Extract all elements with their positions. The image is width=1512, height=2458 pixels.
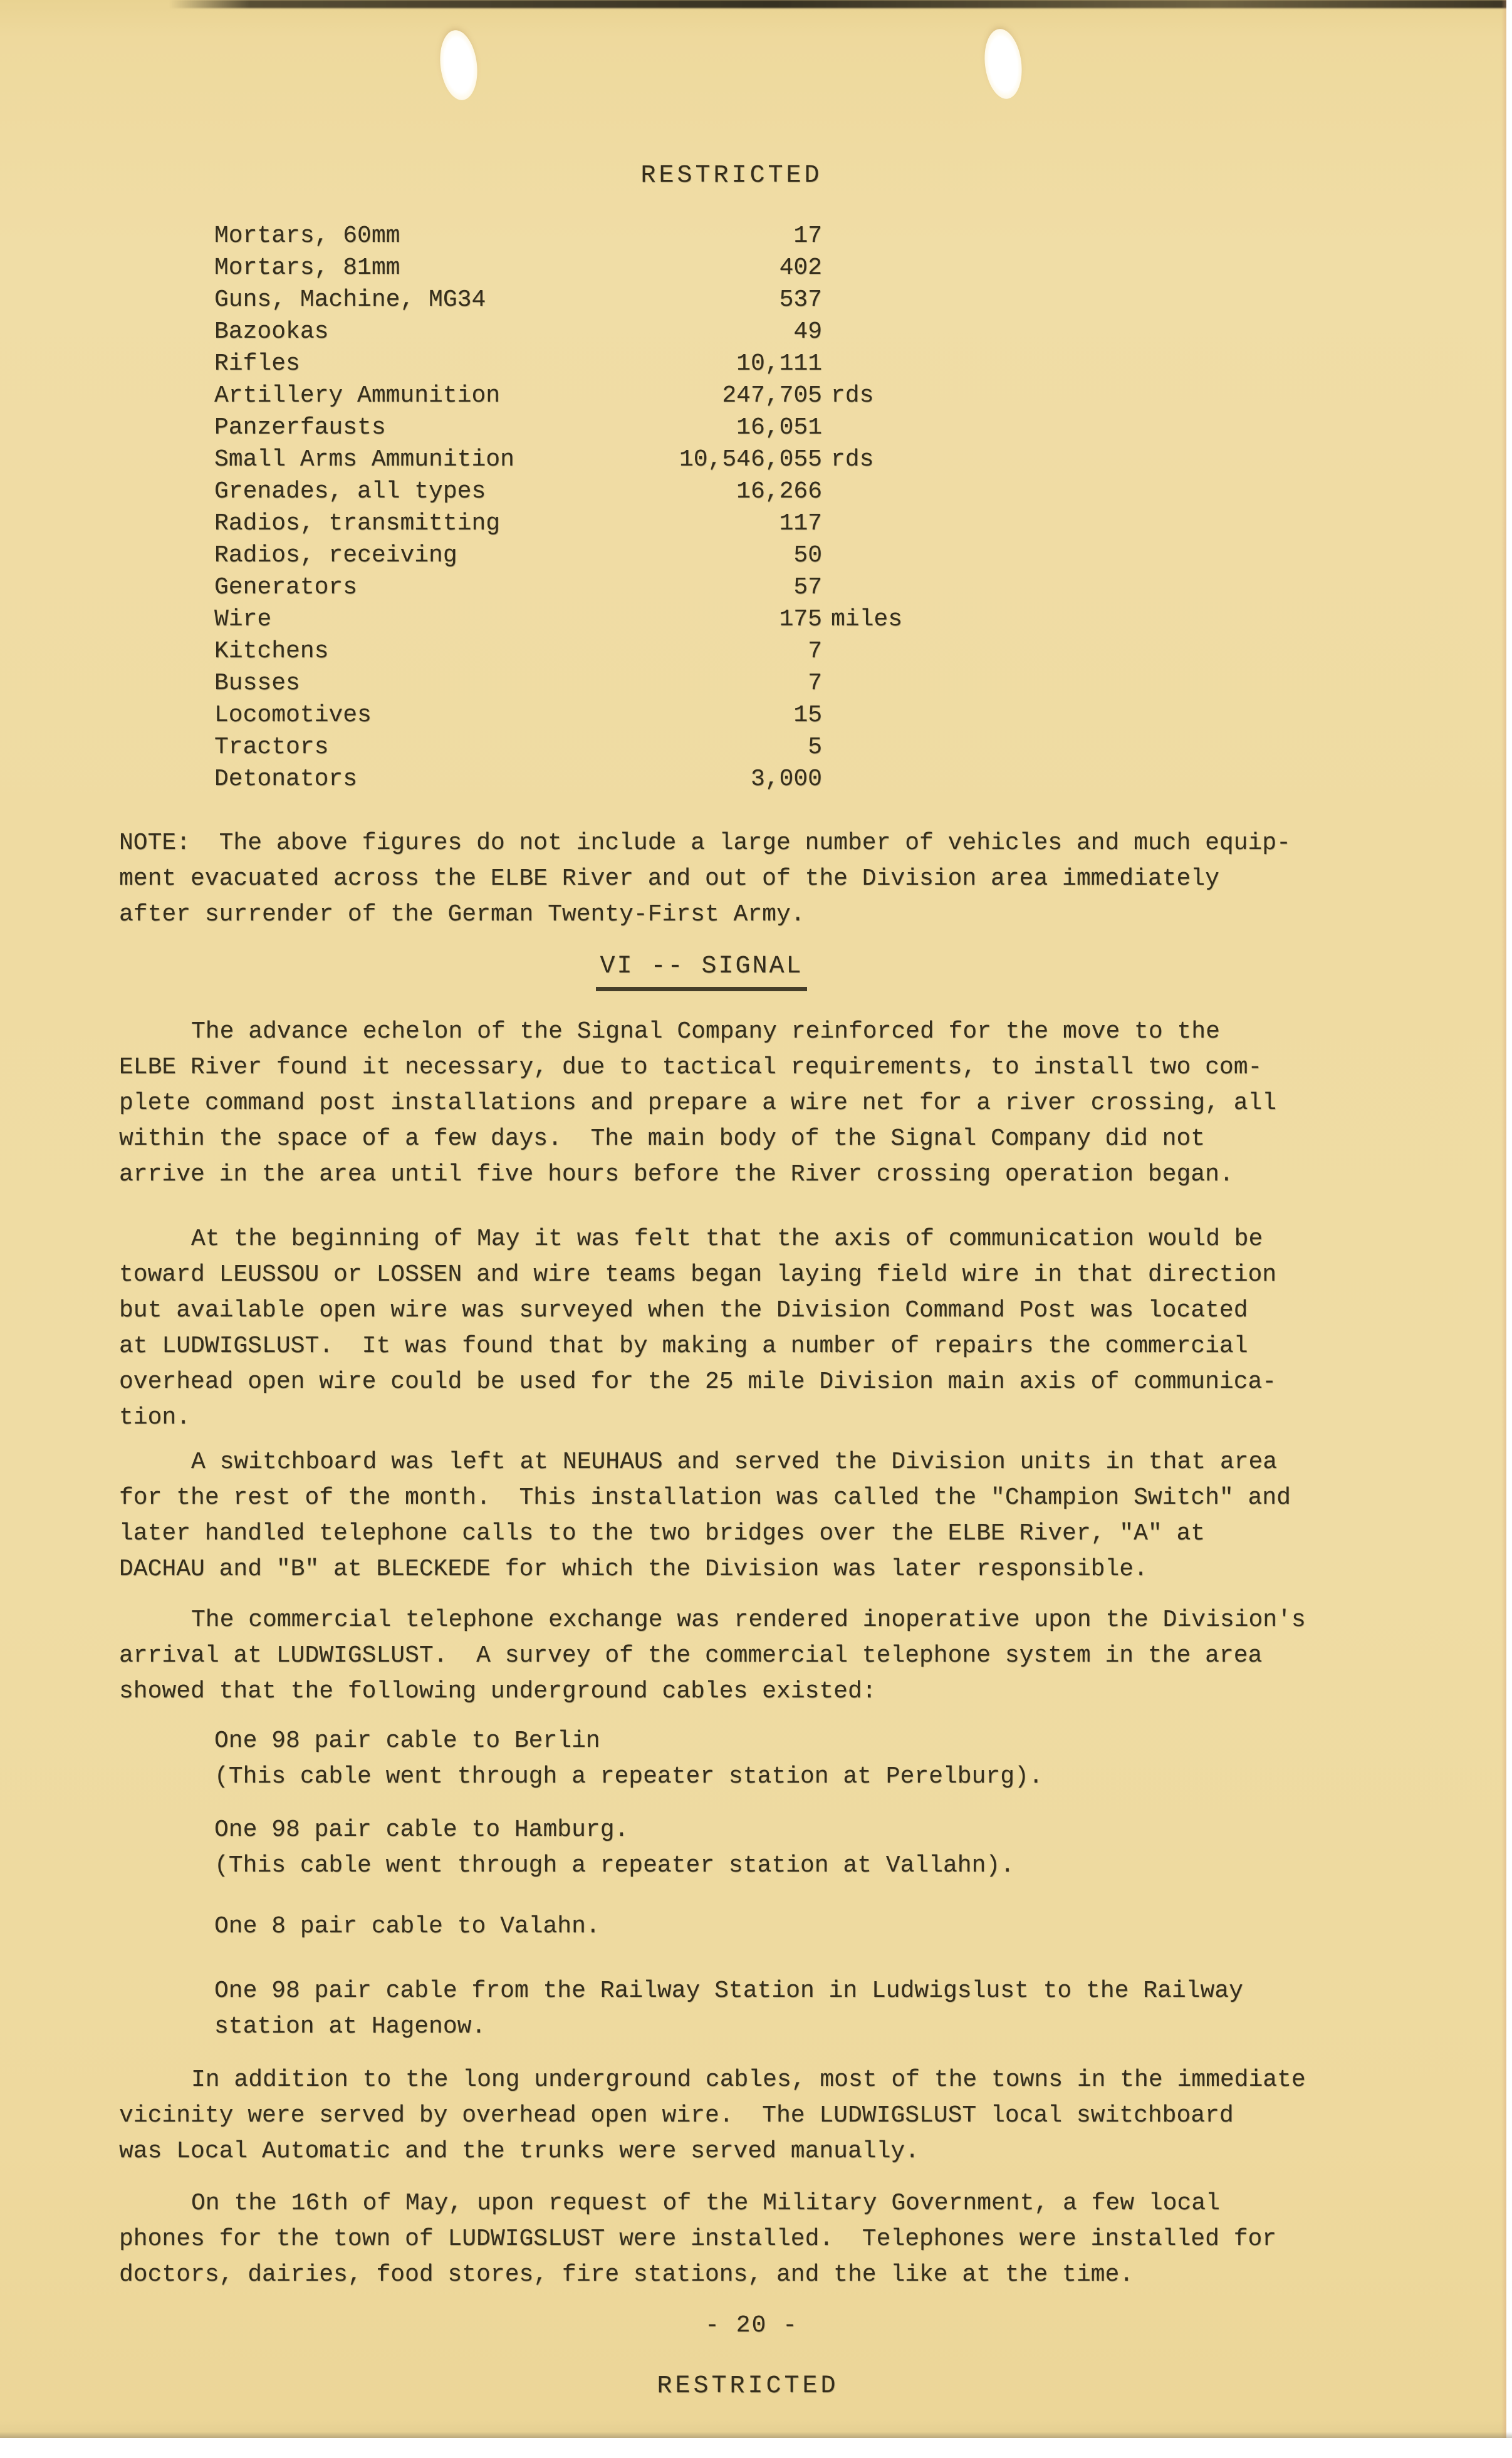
equipment-row: Rifles10,111 xyxy=(214,348,1357,380)
document-content: RESTRICTED Mortars, 60mm17 Mortars, 81mm… xyxy=(119,0,1357,2404)
equipment-value: 16,051 xyxy=(615,412,822,444)
equipment-row: Grenades, all types16,266 xyxy=(214,476,1357,508)
equipment-label: Locomotives xyxy=(214,699,615,731)
signal-paragraph-3: A switchboard was left at NEUHAUS and se… xyxy=(119,1444,1357,1587)
note-paragraph: NOTE: The above figures do not include a… xyxy=(119,825,1357,932)
captured-equipment-list: Mortars, 60mm17 Mortars, 81mm402 Guns, M… xyxy=(119,220,1357,795)
equipment-value: 5 xyxy=(615,731,822,763)
equipment-value: 402 xyxy=(615,252,822,284)
equipment-row: Radios, transmitting117 xyxy=(214,508,1357,539)
cable-entry-hagenow: One 98 pair cable from the Railway Stati… xyxy=(214,1973,1357,2044)
equipment-row: Generators57 xyxy=(214,571,1357,603)
equipment-row: Bazookas49 xyxy=(214,316,1357,348)
scan-right-edge xyxy=(1506,0,1512,2458)
equipment-label: Busses xyxy=(214,667,615,699)
equipment-row: Mortars, 81mm402 xyxy=(214,252,1357,284)
equipment-row: Small Arms Ammunition10,546,055rds xyxy=(214,444,1357,476)
equipment-label: Grenades, all types xyxy=(214,476,615,508)
equipment-value: 10,111 xyxy=(615,348,822,380)
equipment-row: Panzerfausts16,051 xyxy=(214,412,1357,444)
equipment-value: 50 xyxy=(615,539,822,571)
cable-entry-berlin: One 98 pair cable to Berlin (This cable … xyxy=(214,1723,1357,1794)
equipment-row: Busses7 xyxy=(214,667,1357,699)
equipment-row: Locomotives15 xyxy=(214,699,1357,731)
equipment-label: Generators xyxy=(214,571,615,603)
page-number: - 20 - xyxy=(133,2308,1370,2343)
equipment-value: 247,705 xyxy=(615,380,822,412)
equipment-label: Small Arms Ammunition xyxy=(214,444,615,476)
equipment-label: Tractors xyxy=(214,731,615,763)
equipment-value: 175 xyxy=(615,603,822,635)
equipment-label: Bazookas xyxy=(214,316,615,348)
classification-footer: RESTRICTED xyxy=(129,2368,1367,2404)
equipment-value: 537 xyxy=(615,284,822,316)
document-page: RESTRICTED Mortars, 60mm17 Mortars, 81mm… xyxy=(0,0,1512,2458)
equipment-row: Detonators3,000 xyxy=(214,763,1357,795)
equipment-row: Mortars, 60mm17 xyxy=(214,220,1357,252)
equipment-unit: rds xyxy=(831,444,873,476)
cable-entry-hamburg: One 98 pair cable to Hamburg. (This cabl… xyxy=(214,1812,1357,1883)
equipment-label: Guns, Machine, MG34 xyxy=(214,284,615,316)
equipment-value: 57 xyxy=(615,571,822,603)
equipment-label: Rifles xyxy=(214,348,615,380)
equipment-value: 7 xyxy=(615,667,822,699)
equipment-unit: rds xyxy=(831,380,873,412)
signal-paragraph-1: The advance echelon of the Signal Compan… xyxy=(119,1014,1357,1192)
cable-entry-valahn: One 8 pair cable to Valahn. xyxy=(214,1909,1357,1944)
equipment-label: Kitchens xyxy=(214,635,615,667)
equipment-value: 16,266 xyxy=(615,476,822,508)
equipment-label: Wire xyxy=(214,603,615,635)
equipment-row: Kitchens7 xyxy=(214,635,1357,667)
equipment-label: Mortars, 81mm xyxy=(214,252,615,284)
equipment-label: Detonators xyxy=(214,763,615,795)
equipment-row: Tractors5 xyxy=(214,731,1357,763)
equipment-value: 117 xyxy=(615,508,822,539)
signal-paragraph-5: In addition to the long underground cabl… xyxy=(119,2062,1357,2169)
equipment-unit: miles xyxy=(831,603,902,635)
equipment-row: Artillery Ammunition247,705rds xyxy=(214,380,1357,412)
equipment-label: Mortars, 60mm xyxy=(214,220,615,252)
equipment-value: 3,000 xyxy=(615,763,822,795)
equipment-value: 10,546,055 xyxy=(615,444,822,476)
signal-paragraph-6: On the 16th of May, upon request of the … xyxy=(119,2185,1357,2293)
equipment-value: 15 xyxy=(615,699,822,731)
equipment-label: Artillery Ammunition xyxy=(214,380,615,412)
scan-bottom-edge xyxy=(0,2438,1512,2458)
equipment-label: Radios, receiving xyxy=(214,539,615,571)
equipment-label: Radios, transmitting xyxy=(214,508,615,539)
equipment-row: Wire175miles xyxy=(214,603,1357,635)
signal-paragraph-2: At the beginning of May it was felt that… xyxy=(119,1221,1357,1435)
equipment-label: Panzerfausts xyxy=(214,412,615,444)
equipment-value: 17 xyxy=(615,220,822,252)
equipment-value: 49 xyxy=(615,316,822,348)
equipment-row: Guns, Machine, MG34537 xyxy=(214,284,1357,316)
signal-paragraph-4: The commercial telephone exchange was re… xyxy=(119,1602,1357,1709)
section-heading-signal: VI -- SIGNAL xyxy=(596,949,806,991)
underground-cable-list: One 98 pair cable to Berlin (This cable … xyxy=(119,1723,1357,2044)
classification-header: RESTRICTED xyxy=(113,158,1350,194)
equipment-row: Radios, receiving50 xyxy=(214,539,1357,571)
equipment-value: 7 xyxy=(615,635,822,667)
